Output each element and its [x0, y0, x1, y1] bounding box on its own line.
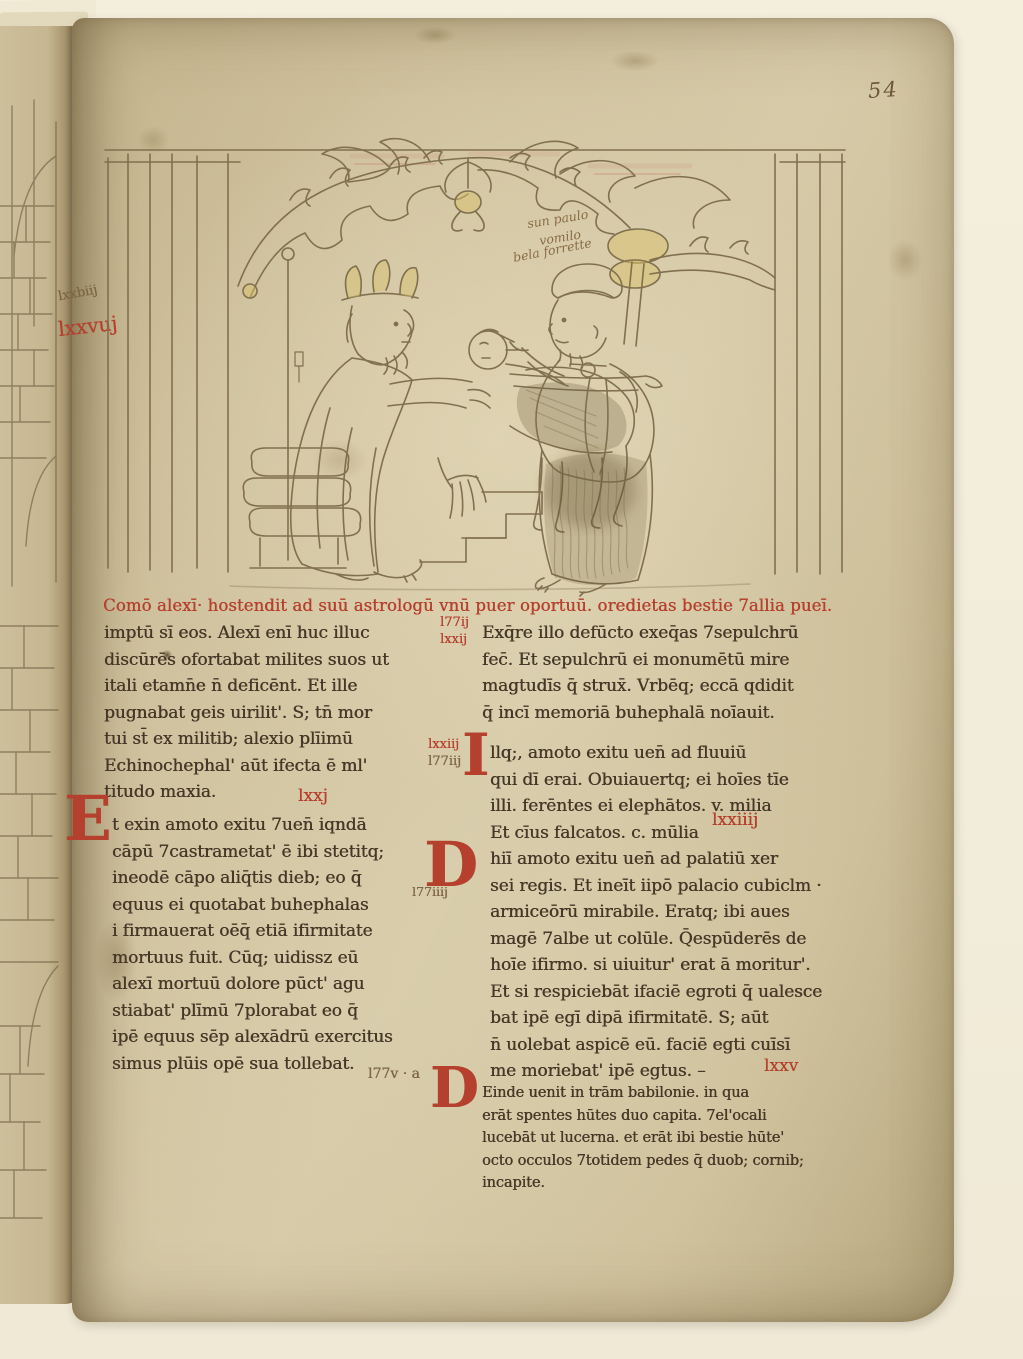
text-line: llq;, amoto exitu uen̄ ad fluuiū: [490, 740, 789, 767]
text-line: alexī mortuū dolore pūct' agu: [112, 971, 393, 998]
text-line: mortuus fuit. Cūq; uidissz eū: [112, 945, 393, 972]
right-column-paragraph-2: llq;, amoto exitu uen̄ ad fluuiūqui dī e…: [490, 740, 789, 846]
text-line: magtudīs q̄ strux̄. Vrbēq; eccā qdidit: [482, 673, 798, 700]
text-line: tui st̄ ex militib; alexio plīimū: [104, 726, 389, 753]
text-line: n̄ uolebat aspicē eū. faciē egti cuīsī: [490, 1032, 822, 1059]
text-line: pugnabat geis uirilit'. S; tn̄ mor: [104, 700, 389, 727]
text-line: erāt spentes hūtes duo capita. 7el'ocali: [482, 1105, 804, 1128]
chapter-marker: lxxv: [764, 1056, 798, 1076]
text-line: sei regis. Et ineīt iipō palacio cubiclm…: [490, 873, 822, 900]
text-line: octo occulos 7totidem pedes q̄ duob; cor…: [482, 1150, 804, 1173]
text-line: i firmauerat oēq̄ etiā ifirmitate: [112, 918, 393, 945]
text-line: simus plūis opē sua tollebat.: [112, 1051, 393, 1078]
initial-E: E: [64, 788, 111, 850]
text-line: stiabat' plīmū 7plorabat eo q̄: [112, 998, 393, 1025]
facing-page-architecture-drawing: [0, 26, 80, 1304]
text-line: Echinochephal' aūt ifecta ē ml': [104, 753, 389, 780]
steps: [420, 492, 542, 562]
inscription-line: sun paulo: [526, 207, 589, 231]
text-line: t exin amoto exitu 7uen̄ iqndā: [112, 812, 393, 839]
chapter-marker: lxxj: [298, 786, 328, 806]
text-line: equus ei quotabat buhephalas: [112, 892, 393, 919]
monstrous-child: [469, 329, 662, 390]
chapter-marker: l77ij lxxij: [440, 614, 469, 648]
king-figure: [291, 260, 490, 582]
text-line: qui dī erai. Obuiauertq; ei hoīes tīe: [490, 767, 789, 794]
text-line: l77iij: [428, 753, 461, 770]
text-line: q̄ incī memoriā buhephalā noīauit.: [482, 700, 798, 727]
text-line: hoīe ifirmo. si uiuitur' erat ā moritur'…: [490, 952, 822, 979]
text-line: cāpū 7castrametat' ē ibi stetitq;: [112, 839, 393, 866]
quire-note: l77v · a: [368, 1066, 420, 1082]
facing-page: [0, 26, 80, 1304]
staff: [282, 248, 303, 560]
text-line: l77ij: [440, 614, 469, 631]
inscription: sun paulo vomilo bela forrette: [512, 207, 593, 265]
text-line: lucebāt ut lucerna. et erāt ibi bestie h…: [482, 1127, 804, 1150]
text-line: titudo maxia.: [104, 779, 389, 806]
ground-line: [230, 584, 750, 590]
right-column-paragraph-1: Exq̄re illo defūcto exeq̄as 7sepulchrūfe…: [482, 620, 798, 726]
text-line: incapite.: [482, 1172, 804, 1195]
folio-number: 54: [867, 77, 899, 103]
chapter-marker: lxxiiij: [712, 810, 758, 830]
text-line: bat ipē egī dipā ifirmitatē. S; aūt: [490, 1005, 822, 1032]
text-line: armiceōrū mirabile. Eratq; ibi aues: [490, 899, 822, 926]
text-line: fec̄. Et sepulchrū ei monumētū mire: [482, 647, 798, 674]
left-column-paragraph-2: t exin amoto exitu 7uen̄ iqndācāpū 7cast…: [112, 812, 393, 1077]
text-line: ineodē cāpo aliq̄tis dieb; eo q̄: [112, 865, 393, 892]
left-column-paragraph-1: imptū sī eos. Alexī enī huc illucdiscūrē…: [104, 620, 389, 806]
initial-I: I: [462, 726, 489, 784]
text-line: imptū sī eos. Alexī enī huc illuc: [104, 620, 389, 647]
chapter-marker: lxxiij l77iij: [428, 736, 461, 770]
throne: [243, 448, 360, 568]
text-line: hiī amoto exitu uen̄ ad palatiū xer: [490, 846, 822, 873]
frame-lines: [105, 150, 845, 574]
rubric-line: Comō alexī· hostendit ad suū astrologū v…: [103, 596, 832, 615]
initial-D2: D: [430, 1060, 479, 1116]
canopy: [238, 139, 775, 298]
miniature-drawing: sun paulo vomilo bela forrette: [90, 128, 860, 606]
text-line: discūrēs ofortabat milites suos ut: [104, 647, 389, 674]
text-line: itali etamn̄e n̄ deficēnt. Et ille: [104, 673, 389, 700]
text-line: Einde uenit in trām babilonie. in qua: [482, 1082, 804, 1105]
text-line: magē 7albe ut colūle. Q̄espūderēs de: [490, 926, 822, 953]
text-line: Et si respiciebāt ifaciē egroti q̄ uales…: [490, 979, 822, 1006]
initial-D: D: [424, 834, 478, 896]
text-line: lxxiij: [428, 736, 461, 753]
text-line: ipē equus sēp alexādrū exercitus: [112, 1024, 393, 1051]
text-line: lxxij: [440, 631, 469, 648]
right-column-paragraph-4: Einde uenit in trām babilonie. in quaerā…: [482, 1082, 804, 1195]
text-line: Exq̄re illo defūcto exeq̄as 7sepulchrū: [482, 620, 798, 647]
manuscript-photo: 54 lxxbiij lxxvuj: [0, 0, 1023, 1359]
right-column-paragraph-3: hiī amoto exitu uen̄ ad palatiū xersei r…: [490, 846, 822, 1085]
